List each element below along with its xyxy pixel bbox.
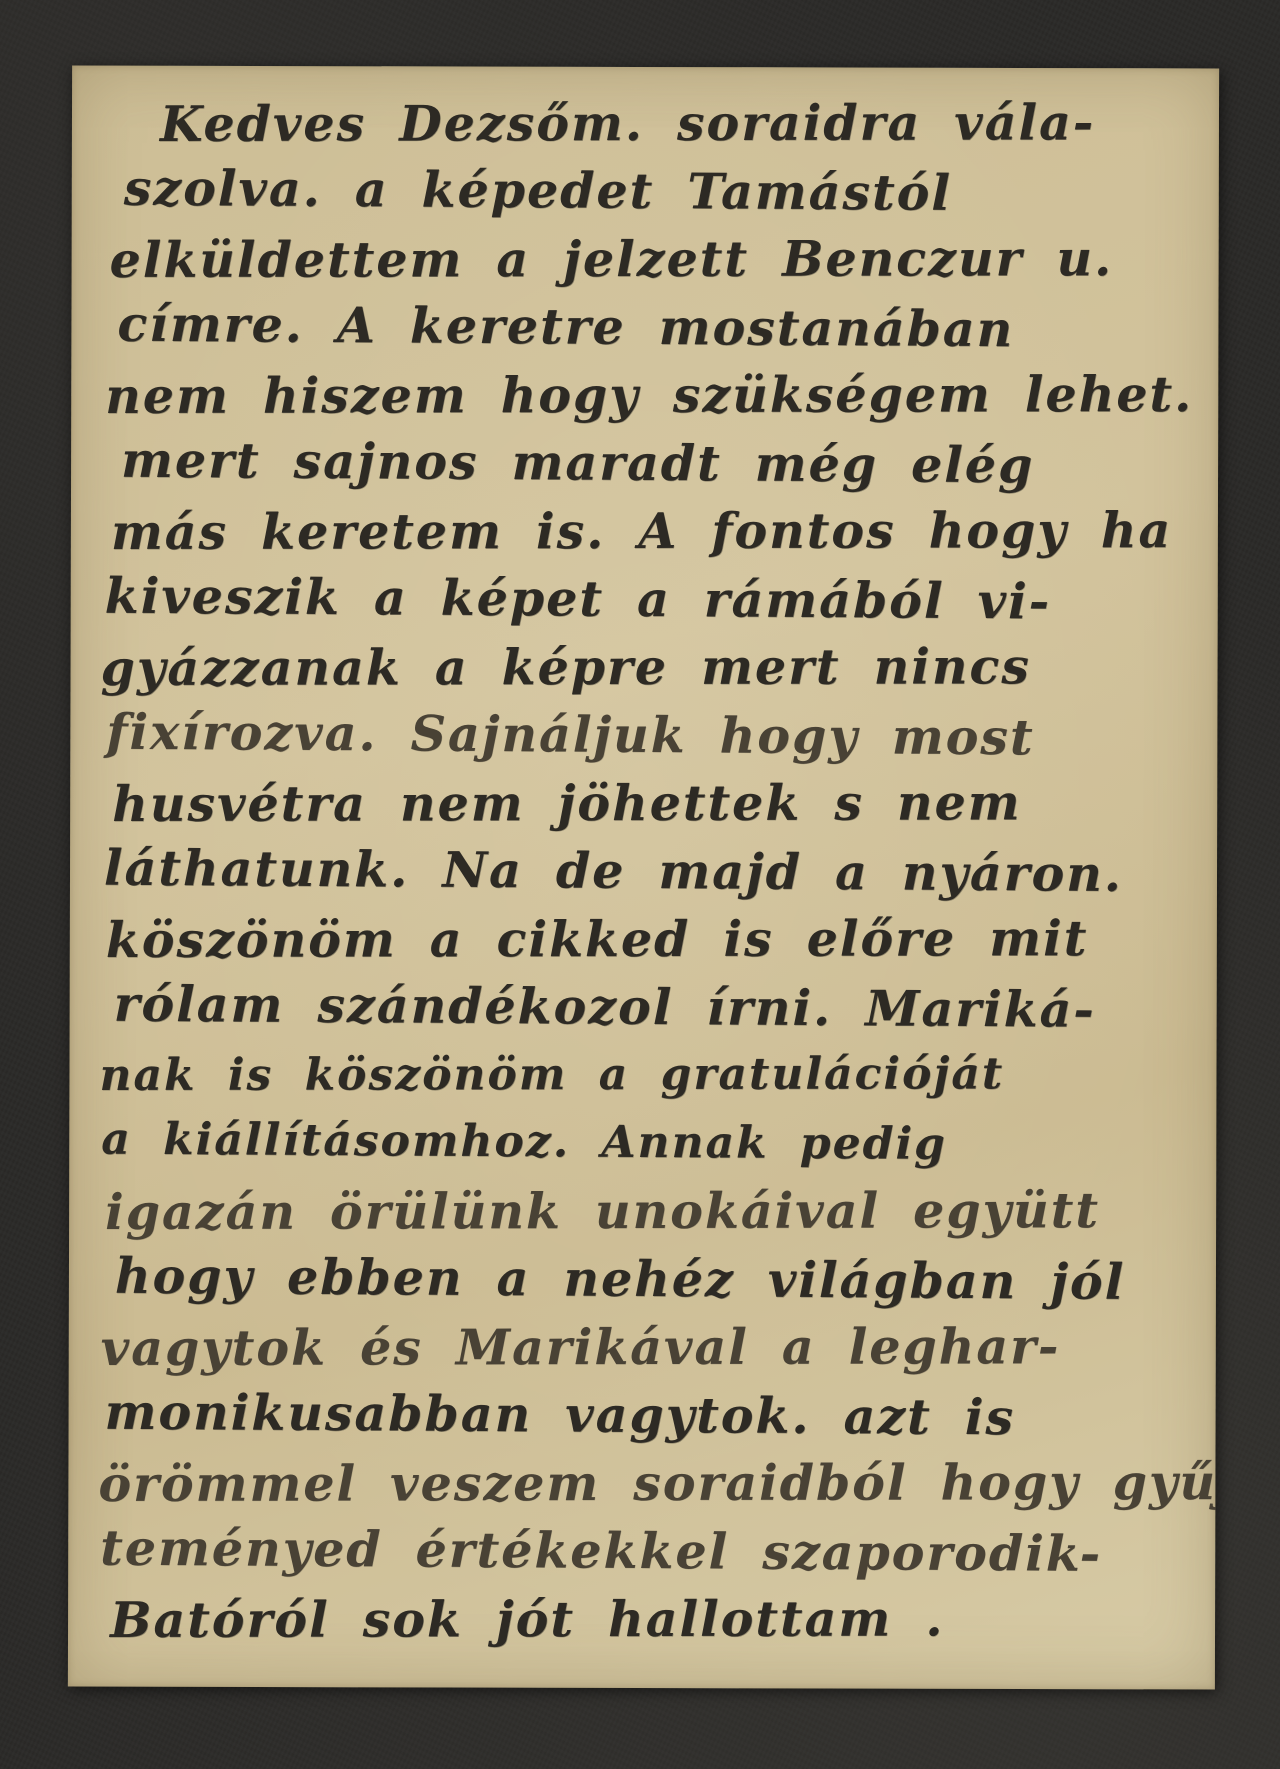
- handwritten-line: monikusabban vagytok. azt is: [104, 1378, 1191, 1453]
- handwritten-line: köszönöm a cikked is előre mit: [106, 904, 1193, 974]
- handwritten-line: más keretem is. A fontos hogy ha: [111, 496, 1194, 566]
- handwritten-line: vagytok és Marikával a leghar-: [101, 1312, 1192, 1382]
- handwritten-line: nem hiszem hogy szükségem lehet.: [105, 360, 1194, 430]
- handwritten-line: elküldettem a jelzett Benczur u.: [110, 224, 1195, 294]
- handwritten-line: igazán örülünk unokáival együtt: [105, 1176, 1192, 1246]
- handwritten-line: nak is köszönöm a gratulációját: [99, 1040, 1192, 1110]
- handwritten-line: címre. A keretre mostanában: [117, 290, 1194, 365]
- handwritten-line: láthatunk. Na de majd a nyáron.: [104, 834, 1193, 909]
- handwritten-line: hogy ebben a nehéz világban jól: [115, 1242, 1192, 1317]
- handwritten-line: kiveszik a képet a rámából vi-: [105, 562, 1194, 637]
- handwritten-line: rólam szándékozol írni. Mariká-: [113, 970, 1192, 1045]
- handwritten-line: szolva. a képedet Tamástól: [124, 154, 1195, 229]
- handwritten-line: teményed értékekkel szaporodik-: [100, 1514, 1191, 1589]
- letter-body: Kedves Dezsőm. soraidra vála- szolva. a …: [68, 66, 1219, 1655]
- handwritten-line: Kedves Dezsőm. soraidra vála-: [160, 88, 1195, 158]
- handwritten-line: mert sajnos maradt még elég: [121, 426, 1194, 501]
- photo-backdrop: Kedves Dezsőm. soraidra vála- szolva. a …: [0, 0, 1280, 1769]
- handwritten-line: Batóról sok jót hallottam .: [110, 1584, 1191, 1654]
- letter-page: Kedves Dezsőm. soraidra vála- szolva. a …: [68, 66, 1219, 1690]
- handwritten-line: örömmel veszem soraidból hogy gyűj-: [98, 1448, 1191, 1518]
- handwritten-line: a kiállításomhoz. Annak pedig: [101, 1106, 1192, 1181]
- handwritten-line: husvétra nem jöhettek s nem: [112, 768, 1193, 838]
- handwritten-line: gyázzanak a képre mert nincs: [100, 632, 1193, 702]
- handwritten-line: fixírozva. Sajnáljuk hogy most: [106, 698, 1193, 773]
